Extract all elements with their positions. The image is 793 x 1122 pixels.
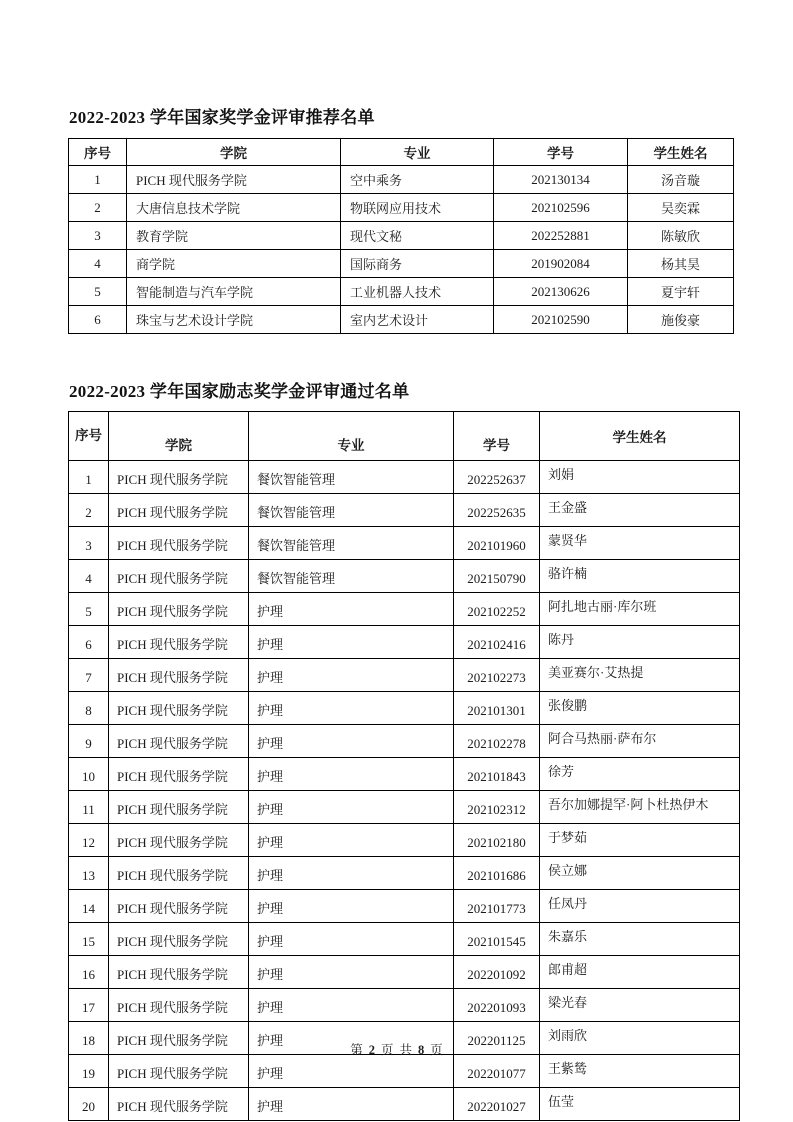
table-cell: PICH 现代服务学院 [109,890,249,923]
table-cell: 202101545 [454,923,540,956]
table-row: 10PICH 现代服务学院护理202101843徐芳 [69,758,740,791]
table-cell: 202201077 [454,1055,540,1088]
table-cell: 梁光春 [540,989,740,1022]
table-cell: 202101301 [454,692,540,725]
table-cell: 空中乘务 [341,166,494,194]
table-cell: 3 [69,222,127,250]
table-cell: 14 [69,890,109,923]
table-cell: 夏宇轩 [628,278,734,306]
table-cell: 陈丹 [540,626,740,659]
table-cell: 6 [69,306,127,334]
total-pages: 8 [418,1043,424,1057]
table-cell: 5 [69,593,109,626]
table-cell: PICH 现代服务学院 [109,956,249,989]
table-cell: 202102252 [454,593,540,626]
table-cell: PICH 现代服务学院 [109,989,249,1022]
table-cell: 19 [69,1055,109,1088]
column-header-college: 学院 [109,412,249,461]
table-cell: 7 [69,659,109,692]
table-cell: 张俊鹏 [540,692,740,725]
table-cell: 王金盛 [540,494,740,527]
table-cell: PICH 现代服务学院 [109,725,249,758]
table-row: 5智能制造与汽车学院工业机器人技术202130626夏宇轩 [69,278,734,306]
footer-label: 第 [350,1043,363,1057]
table-cell: 202102596 [494,194,628,222]
table-cell: 护理 [249,824,454,857]
table-cell: 汤音璇 [628,166,734,194]
table-cell: 珠宝与艺术设计学院 [127,306,341,334]
table-cell: 202102312 [454,791,540,824]
table-cell: 202130626 [494,278,628,306]
table-cell: 202150790 [454,560,540,593]
column-header-college: 学院 [127,139,341,166]
table-header-row: 序号 学院 专业 学号 学生姓名 [69,412,740,461]
table-cell: 202130134 [494,166,628,194]
table-cell: 工业机器人技术 [341,278,494,306]
table-cell: 9 [69,725,109,758]
table-row: 3PICH 现代服务学院餐饮智能管理202101960蒙贤华 [69,527,740,560]
column-header-major: 专业 [249,412,454,461]
table-cell: 护理 [249,791,454,824]
table-cell: 13 [69,857,109,890]
document-page: 2022-2023 学年国家奖学金评审推荐名单 序号 学院 专业 学号 学生姓名… [0,0,793,1122]
table-row: 6PICH 现代服务学院护理202102416陈丹 [69,626,740,659]
table-cell: PICH 现代服务学院 [109,791,249,824]
table-cell: 12 [69,824,109,857]
table-cell: PICH 现代服务学院 [109,923,249,956]
table-cell: PICH 现代服务学院 [109,494,249,527]
table-cell: 2 [69,494,109,527]
table-cell: 20 [69,1088,109,1121]
table-cell: 3 [69,527,109,560]
table-cell: 刘娟 [540,461,740,494]
table-cell: 现代文秘 [341,222,494,250]
table-cell: 施俊豪 [628,306,734,334]
table-cell: 护理 [249,956,454,989]
table-cell: 4 [69,250,127,278]
table-cell: 餐饮智能管理 [249,494,454,527]
table-cell: 物联网应用技术 [341,194,494,222]
table-cell: 16 [69,956,109,989]
recommendation-table: 序号 学院 专业 学号 学生姓名 1PICH 现代服务学院空中乘务2021301… [68,138,734,334]
table-cell: 202102180 [454,824,540,857]
table-cell: 202201092 [454,956,540,989]
table-cell: 骆许楠 [540,560,740,593]
table-cell: 吴奕霖 [628,194,734,222]
table-cell: 护理 [249,1055,454,1088]
table-row: 12PICH 现代服务学院护理202102180于梦茹 [69,824,740,857]
table-row: 2大唐信息技术学院物联网应用技术202102596吴奕霖 [69,194,734,222]
table-cell: PICH 现代服务学院 [109,1088,249,1121]
table-cell: PICH 现代服务学院 [109,824,249,857]
table-cell: 美亚赛尔·艾热提 [540,659,740,692]
table-row: 5PICH 现代服务学院护理202102252阿扎地古丽·库尔班 [69,593,740,626]
table-row: 13PICH 现代服务学院护理202101686侯立娜 [69,857,740,890]
table-cell: 伍莹 [540,1088,740,1121]
table-cell: 侯立娜 [540,857,740,890]
table-row: 20PICH 现代服务学院护理202201027伍莹 [69,1088,740,1121]
approved-table: 序号 学院 专业 学号 学生姓名 1PICH 现代服务学院餐饮智能管理20225… [68,411,740,1121]
table-cell: 智能制造与汽车学院 [127,278,341,306]
table-cell: 202102590 [494,306,628,334]
table-cell: 餐饮智能管理 [249,461,454,494]
table-row: 1PICH 现代服务学院空中乘务202130134汤音璇 [69,166,734,194]
table-cell: 教育学院 [127,222,341,250]
table-cell: 徐芳 [540,758,740,791]
table-row: 4PICH 现代服务学院餐饮智能管理202150790骆许楠 [69,560,740,593]
table-cell: 护理 [249,758,454,791]
table-cell: PICH 现代服务学院 [109,659,249,692]
table-cell: 202252637 [454,461,540,494]
column-header-student-id: 学号 [454,412,540,461]
table-cell: 任凤丹 [540,890,740,923]
table-header-row: 序号 学院 专业 学号 学生姓名 [69,139,734,166]
page-number: 2 [369,1043,375,1057]
table-cell: PICH 现代服务学院 [109,593,249,626]
table-cell: 吾尔加娜提罕·阿卜杜热伊木 [540,791,740,824]
table-cell: 朱嘉乐 [540,923,740,956]
table-row: 11PICH 现代服务学院护理202102312吾尔加娜提罕·阿卜杜热伊木 [69,791,740,824]
table-cell: 王紫鸶 [540,1055,740,1088]
table-cell: 202201027 [454,1088,540,1121]
column-header-index: 序号 [69,139,127,166]
table-cell: 202102416 [454,626,540,659]
table-cell: 6 [69,626,109,659]
table-cell: 国际商务 [341,250,494,278]
table-cell: 202101960 [454,527,540,560]
table-cell: 阿扎地古丽·库尔班 [540,593,740,626]
column-header-major: 专业 [341,139,494,166]
table-row: 7PICH 现代服务学院护理202102273美亚赛尔·艾热提 [69,659,740,692]
table-cell: 护理 [249,692,454,725]
table-cell: 202201093 [454,989,540,1022]
table-cell: 2 [69,194,127,222]
table-cell: 护理 [249,890,454,923]
table-cell: 陈敏欣 [628,222,734,250]
table-cell: 10 [69,758,109,791]
table-cell: PICH 现代服务学院 [109,857,249,890]
page-footer: 第2页共8页 [0,1040,793,1058]
table-row: 8PICH 现代服务学院护理202101301张俊鹏 [69,692,740,725]
table-cell: 护理 [249,1088,454,1121]
table-cell: 202102278 [454,725,540,758]
table-cell: 护理 [249,989,454,1022]
table-cell: 1 [69,166,127,194]
table-cell: 护理 [249,857,454,890]
table-cell: PICH 现代服务学院 [109,461,249,494]
table-cell: 护理 [249,725,454,758]
column-header-student-name: 学生姓名 [540,412,740,461]
table-row: 3教育学院现代文秘202252881陈敏欣 [69,222,734,250]
table-row: 16PICH 现代服务学院护理202201092郎甫超 [69,956,740,989]
table-row: 19PICH 现代服务学院护理202201077王紫鸶 [69,1055,740,1088]
table-cell: 蒙贤华 [540,527,740,560]
table-cell: 202101686 [454,857,540,890]
table-cell: 护理 [249,923,454,956]
table-cell: 杨其昊 [628,250,734,278]
table-cell: 202101773 [454,890,540,923]
table-cell: 餐饮智能管理 [249,560,454,593]
table-cell: 商学院 [127,250,341,278]
table-cell: 阿合马热丽·萨布尔 [540,725,740,758]
table-cell: 于梦茹 [540,824,740,857]
table2-title: 2022-2023 学年国家励志奖学金评审通过名单 [69,377,409,402]
table-cell: 202102273 [454,659,540,692]
table-cell: 护理 [249,593,454,626]
table-row: 9PICH 现代服务学院护理202102278阿合马热丽·萨布尔 [69,725,740,758]
table-cell: 1 [69,461,109,494]
table1-title: 2022-2023 学年国家奖学金评审推荐名单 [69,103,375,128]
table-row: 2PICH 现代服务学院餐饮智能管理202252635王金盛 [69,494,740,527]
table-cell: 8 [69,692,109,725]
table-cell: 护理 [249,626,454,659]
table-cell: 餐饮智能管理 [249,527,454,560]
table-cell: PICH 现代服务学院 [109,626,249,659]
footer-label: 页 [430,1043,443,1057]
footer-label: 共 [400,1043,413,1057]
table-cell: 5 [69,278,127,306]
table-row: 17PICH 现代服务学院护理202201093梁光春 [69,989,740,1022]
table-cell: 郎甫超 [540,956,740,989]
table-row: 1PICH 现代服务学院餐饮智能管理202252637刘娟 [69,461,740,494]
table-cell: 护理 [249,659,454,692]
table-cell: 15 [69,923,109,956]
table-cell: 室内艺术设计 [341,306,494,334]
table-row: 4商学院国际商务201902084杨其昊 [69,250,734,278]
table-cell: 11 [69,791,109,824]
table-row: 6珠宝与艺术设计学院室内艺术设计202102590施俊豪 [69,306,734,334]
column-header-index: 序号 [69,412,109,461]
table-cell: 201902084 [494,250,628,278]
table-cell: 4 [69,560,109,593]
table-row: 15PICH 现代服务学院护理202101545朱嘉乐 [69,923,740,956]
footer-label: 页 [381,1043,394,1057]
column-header-student-id: 学号 [494,139,628,166]
table-cell: 202252635 [454,494,540,527]
table-cell: PICH 现代服务学院 [109,758,249,791]
column-header-student-name: 学生姓名 [628,139,734,166]
table-cell: PICH 现代服务学院 [109,527,249,560]
table-cell: 202101843 [454,758,540,791]
table-cell: 17 [69,989,109,1022]
table-cell: PICH 现代服务学院 [109,692,249,725]
table-cell: PICH 现代服务学院 [127,166,341,194]
table-row: 14PICH 现代服务学院护理202101773任凤丹 [69,890,740,923]
table-cell: PICH 现代服务学院 [109,560,249,593]
table-cell: 大唐信息技术学院 [127,194,341,222]
table-cell: 202252881 [494,222,628,250]
table-cell: PICH 现代服务学院 [109,1055,249,1088]
